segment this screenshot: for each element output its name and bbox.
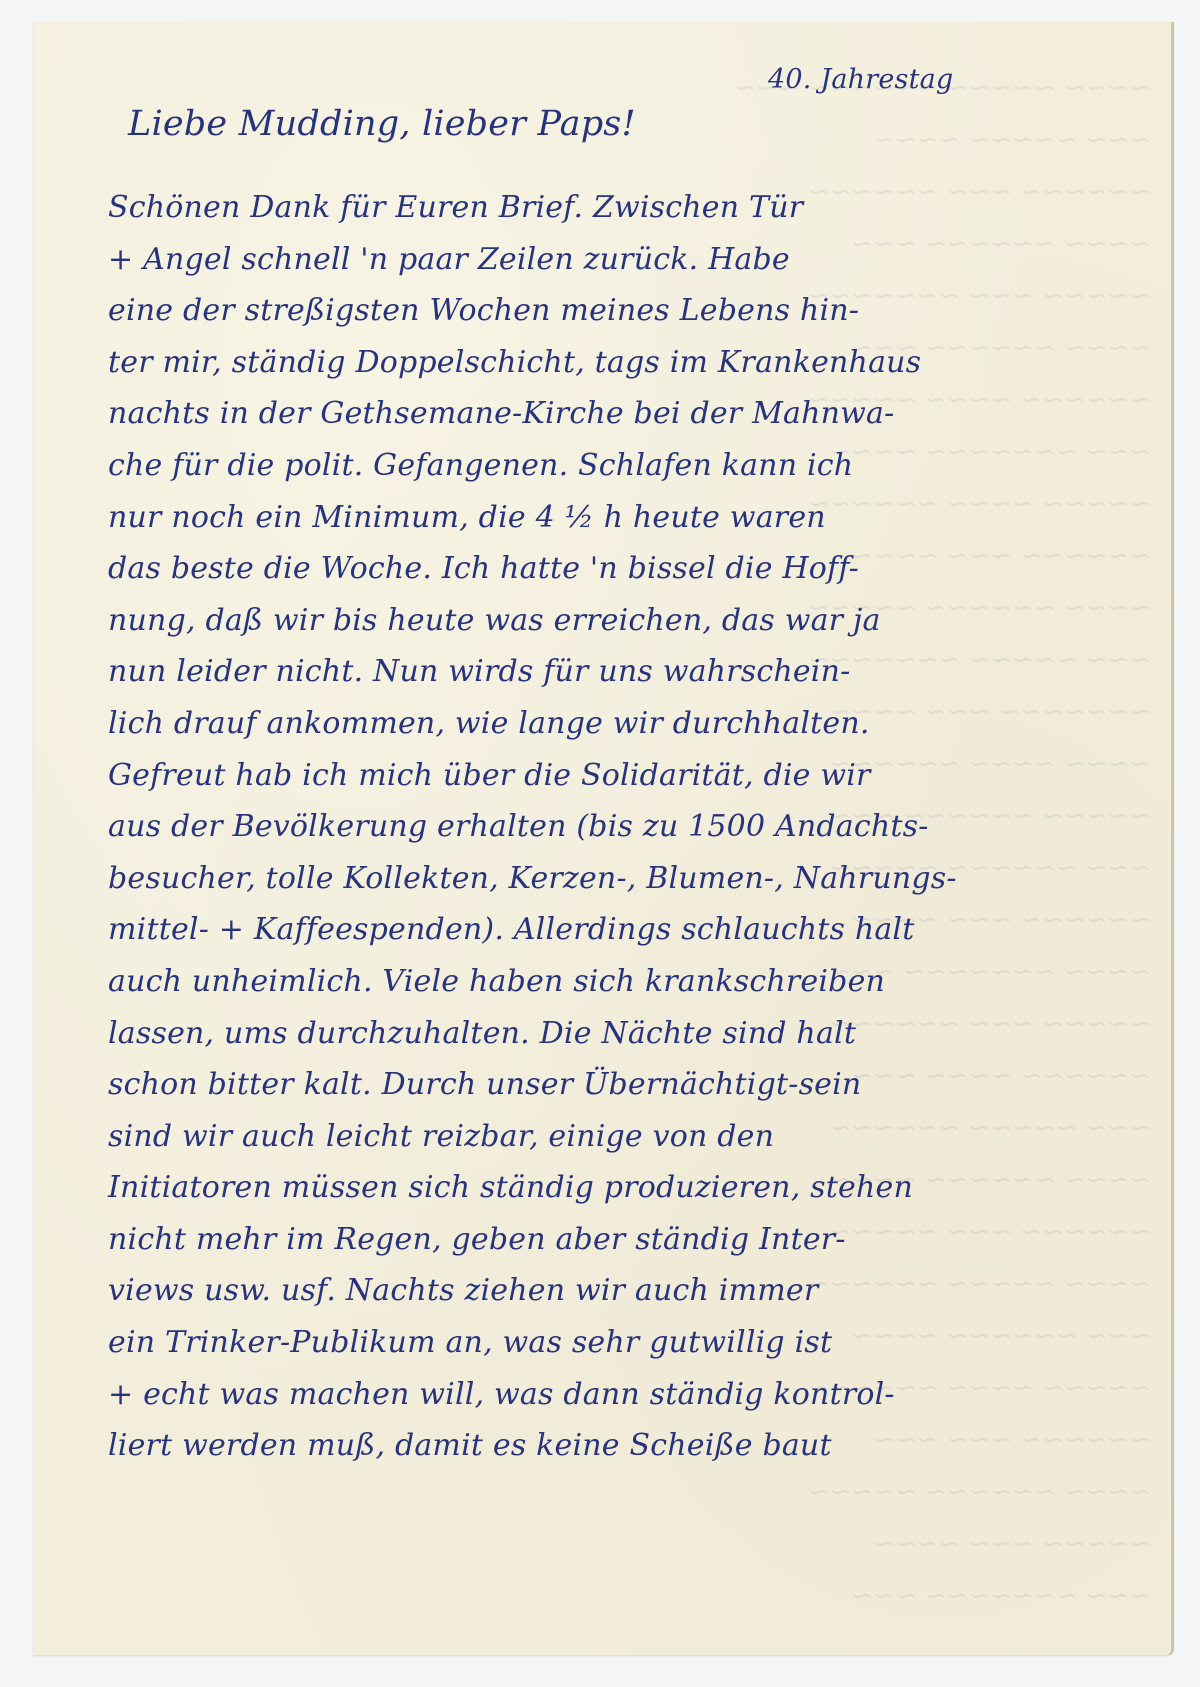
letter-line: aus der Bevölkerung erhalten (bis zu 150… [108,801,1168,853]
letter-line: mittel- + Kaffeespenden). Allerdings sch… [108,904,1168,956]
letter-line: nung, daß wir bis heute was erreichen, d… [108,595,1168,647]
letter-line: Initiatoren müssen sich ständig produzie… [108,1162,1168,1214]
letter-line: liert werden muß, damit es keine Scheiße… [108,1420,1168,1472]
letter-line: views usw. usf. Nachts ziehen wir auch i… [108,1265,1168,1317]
letter-line: nur noch ein Minimum, die 4 ½ h heute wa… [108,492,1168,544]
letter-body: Schönen Dank für Euren Brief. Zwischen T… [108,182,1168,1472]
letter-line: ein Trinker-Publikum an, was sehr gutwil… [108,1317,1168,1369]
letter-line: lassen, ums durchzuhalten. Die Nächte si… [108,1008,1168,1060]
letter-line: auch unheimlich. Viele haben sich kranks… [108,956,1168,1008]
letter-line: + Angel schnell 'n paar Zeilen zurück. H… [108,234,1168,286]
letter-line: nicht mehr im Regen, geben aber ständig … [108,1214,1168,1266]
salutation: Liebe Mudding, lieber Paps! [128,104,636,144]
letter-line: nun leider nicht. Nun wirds für uns wahr… [108,646,1168,698]
top-note: 40. Jahrestag [768,64,953,95]
letter-line: + echt was machen will, was dann ständig… [108,1369,1168,1421]
letter-line: schon bitter kalt. Durch unser Übernächt… [108,1059,1168,1111]
letter-line: lich drauf ankommen, wie lange wir durch… [108,698,1168,750]
letter-line: Schönen Dank für Euren Brief. Zwischen T… [108,182,1168,234]
letter-line: ter mir, ständig Doppelschicht, tags im … [108,337,1168,389]
letter-line: che für die polit. Gefangenen. Schlafen … [108,440,1168,492]
letter-line: nachts in der Gethsemane-Kirche bei der … [108,388,1168,440]
letter-line: Gefreut hab ich mich über die Solidaritä… [108,750,1168,802]
letter-page: ~~~~ ~~~~~ ~~~~~~ ~~~~~~~~ ~~~~~ ~~~~~~~… [33,22,1173,1655]
letter-line: besucher, tolle Kollekten, Kerzen-, Blum… [108,853,1168,905]
letter-line: sind wir auch leicht reizbar, einige von… [108,1111,1168,1163]
letter-line: eine der streßigsten Wochen meines Leben… [108,285,1168,337]
letter-line: das beste die Woche. Ich hatte 'n bissel… [108,543,1168,595]
